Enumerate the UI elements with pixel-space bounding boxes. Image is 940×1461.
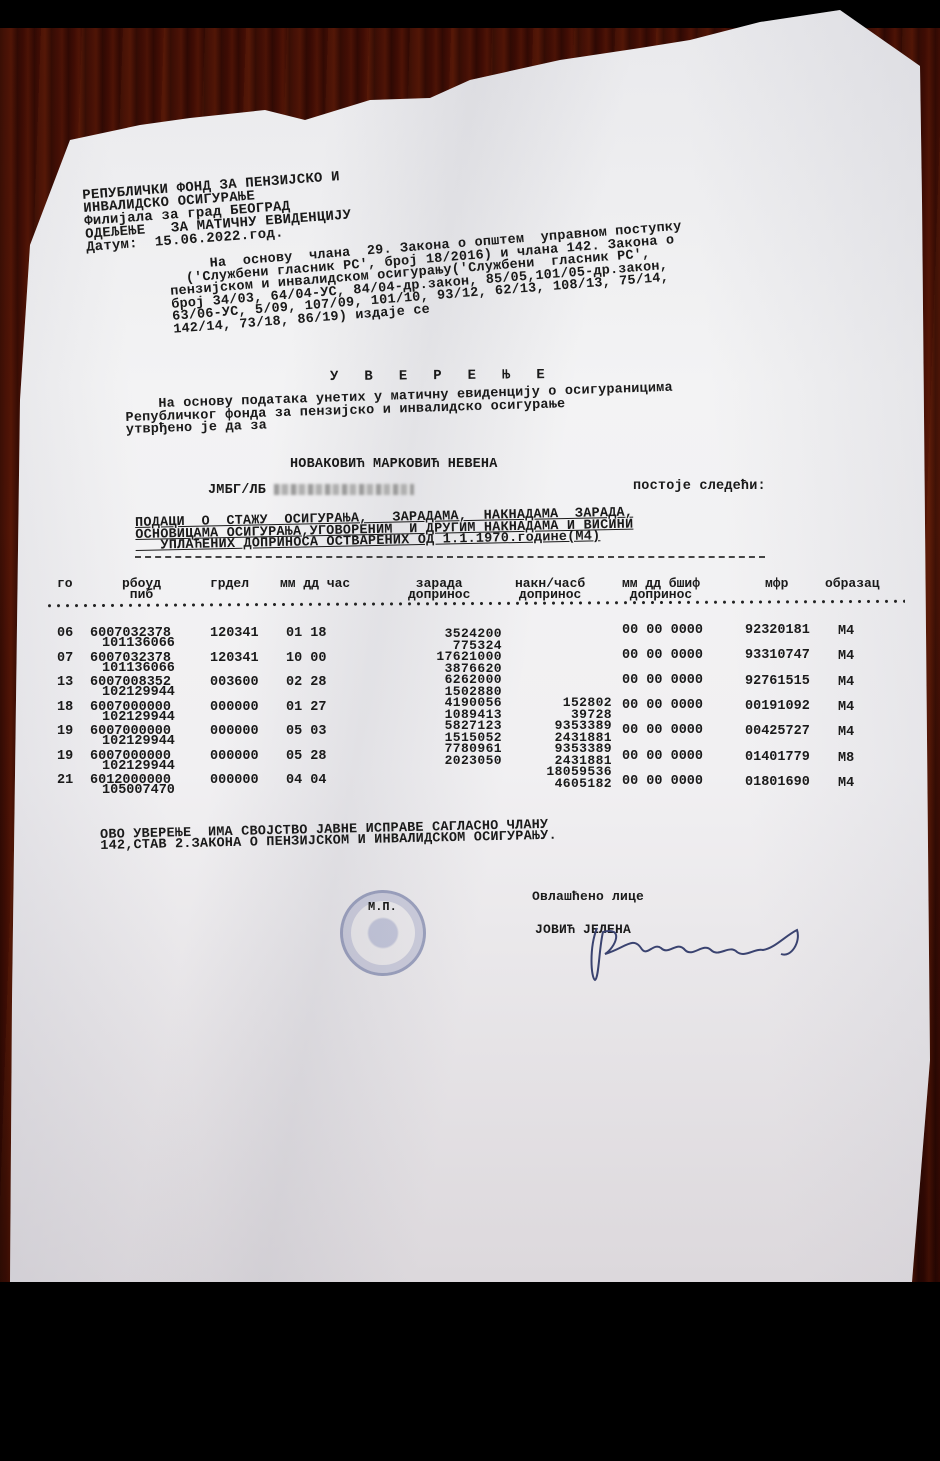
- cell-obrazac: М4: [838, 677, 854, 688]
- cell-grdel: 120341: [210, 653, 259, 664]
- cell-mfr: 01401779: [745, 752, 810, 763]
- cell-grdel: 000000: [210, 726, 259, 737]
- cell-mfr: 00425727: [745, 726, 810, 737]
- dashed-divider: [135, 556, 765, 558]
- cell-mfr: 93310747: [745, 650, 810, 661]
- cell-mfr: 92761515: [745, 676, 810, 687]
- cell-mm-dd: 10 00: [286, 653, 327, 664]
- cell-mm-dd-bshif: 00 00 0000: [622, 725, 703, 736]
- id-number-line: ЈМБГ/ЛБ: [208, 484, 414, 497]
- cell-mm-dd-bshif: 00 00 0000: [622, 675, 703, 686]
- cell-go: 19: [57, 726, 73, 737]
- col-header-mm-dd-bshif: мм дд бшиф допринос: [622, 578, 700, 600]
- cell-pib: 105007470: [102, 785, 175, 796]
- cell-mm-dd: 01 18: [286, 628, 327, 639]
- cell-mm-dd-bshif: 00 00 0000: [622, 650, 703, 661]
- zarada-column: 3524200775324176210003876620626200015028…: [392, 628, 502, 766]
- col-header-mm-dd-chas: мм дд час: [280, 578, 350, 589]
- cell-mfr: 01801690: [745, 777, 810, 788]
- cell-go: 19: [57, 751, 73, 762]
- document-title: УВЕРЕЊЕ: [330, 369, 571, 384]
- cell-grdel: 120341: [210, 628, 259, 639]
- cell-obrazac: М4: [838, 702, 854, 713]
- cell-mm-dd: 05 03: [286, 726, 327, 737]
- amount-value: 2023050: [392, 755, 502, 767]
- cell-mm-dd: 05 28: [286, 751, 327, 762]
- cell-go: 06: [57, 628, 73, 639]
- cell-mm-dd-bshif: 00 00 0000: [622, 700, 703, 711]
- cell-obrazac: М4: [838, 626, 854, 637]
- cell-grdel: 000000: [210, 775, 259, 786]
- following-exist-label: постоје следећи:: [633, 480, 766, 493]
- cell-go: 07: [57, 653, 73, 664]
- col-header-grdel: грдел: [210, 578, 249, 589]
- col-header-obrazac: образац: [825, 578, 880, 589]
- cell-go: 18: [57, 702, 73, 713]
- cell-grdel: 003600: [210, 677, 259, 688]
- cell-mm-dd-bshif: 00 00 0000: [622, 776, 703, 787]
- col-header-naknada: накн/часб допринос: [515, 578, 585, 600]
- cell-obrazac: М4: [838, 651, 854, 662]
- insured-person-name: НОВАКОВИЋ МАРКОВИЋ НЕВЕНА: [290, 458, 498, 471]
- col-header-zarada: зарада допринос: [408, 578, 470, 600]
- cell-mm-dd: 02 28: [286, 677, 327, 688]
- cell-pib: 101136066: [102, 638, 175, 649]
- authorized-person-label: Овлашћено лице: [532, 890, 644, 903]
- cell-pib: 102129944: [102, 761, 175, 772]
- cell-obrazac: М4: [838, 727, 854, 738]
- cell-mm-dd: 01 27: [286, 702, 327, 713]
- redacted-id-number: [274, 484, 414, 495]
- col-header-rbouad: рбоуд пиб: [122, 578, 161, 600]
- cell-mm-dd: 04 04: [286, 775, 327, 786]
- col-header-go: го: [57, 578, 73, 589]
- amount-value: 4605182: [502, 778, 612, 790]
- cell-pib: 102129944: [102, 736, 175, 747]
- cell-obrazac: М4: [838, 778, 854, 789]
- col-header-mfr: мфр: [765, 578, 788, 589]
- cell-mm-dd-bshif: 00 00 0000: [622, 751, 703, 762]
- cell-pib: 102129944: [102, 687, 175, 698]
- cell-grdel: 000000: [210, 751, 259, 762]
- cell-obrazac: М8: [838, 753, 854, 764]
- cell-mfr: 92320181: [745, 625, 810, 636]
- cell-pib: 101136066: [102, 663, 175, 674]
- cell-mm-dd-bshif: 00 00 0000: [622, 625, 703, 636]
- naknada-column: 1528023972893533892431881935338924318811…: [502, 697, 612, 789]
- id-label: ЈМБГ/ЛБ: [208, 483, 266, 498]
- cell-mfr: 00191092: [745, 701, 810, 712]
- cell-go: 21: [57, 775, 73, 786]
- cell-grdel: 000000: [210, 702, 259, 713]
- cell-go: 13: [57, 677, 73, 688]
- signature-icon: [585, 918, 815, 988]
- stamp-label: М.П.: [368, 900, 397, 914]
- cell-pib: 102129944: [102, 712, 175, 723]
